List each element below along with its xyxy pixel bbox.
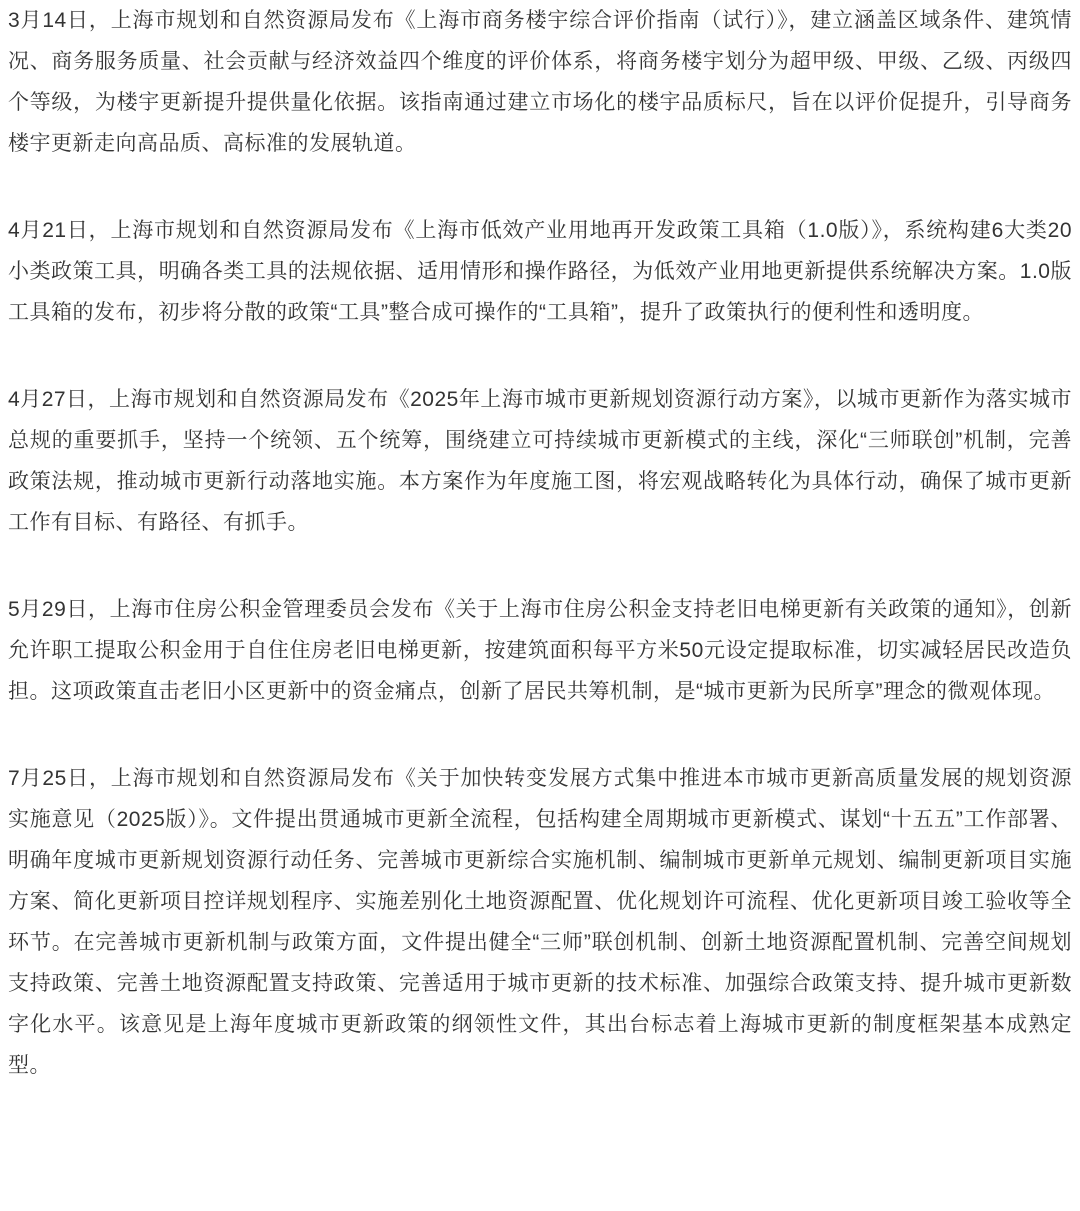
document-body: 3月14日，上海市规划和自然资源局发布《上海市商务楼宇综合评价指南（试行）》，建… bbox=[8, 0, 1072, 1086]
paragraph-land-redevelopment-toolbox: 4月21日，上海市规划和自然资源局发布《上海市低效产业用地再开发政策工具箱（1.… bbox=[8, 210, 1072, 333]
paragraph-implementation-opinion-2025: 7月25日，上海市规划和自然资源局发布《关于加快转变发展方式集中推进本市城市更新… bbox=[8, 758, 1072, 1086]
paragraph-building-evaluation-guide: 3月14日，上海市规划和自然资源局发布《上海市商务楼宇综合评价指南（试行）》，建… bbox=[8, 0, 1072, 164]
paragraph-housing-fund-elevator-notice: 5月29日，上海市住房公积金管理委员会发布《关于上海市住房公积金支持老旧电梯更新… bbox=[8, 589, 1072, 712]
paragraph-urban-renewal-action-plan: 4月27日，上海市规划和自然资源局发布《2025年上海市城市更新规划资源行动方案… bbox=[8, 379, 1072, 543]
